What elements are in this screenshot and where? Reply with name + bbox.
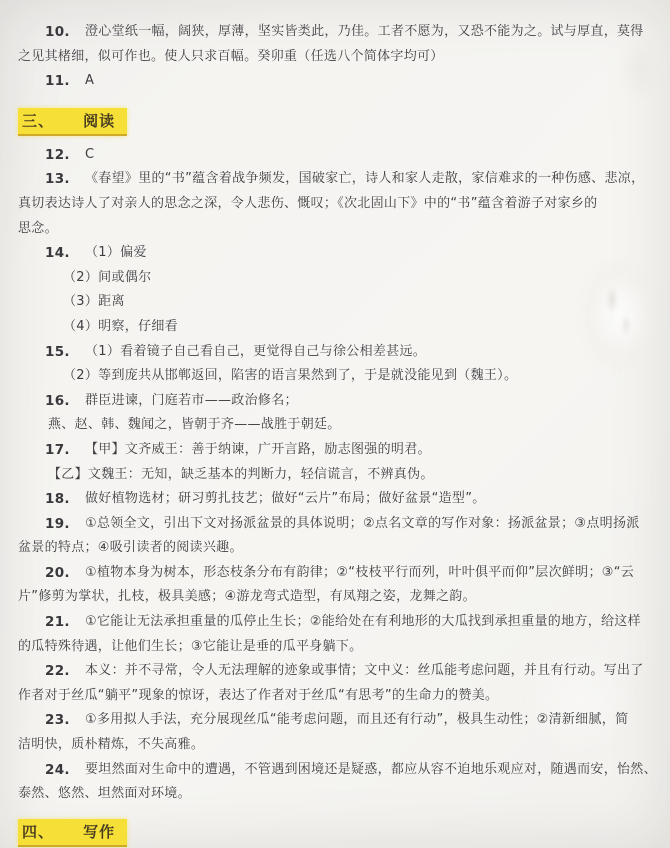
answer-text: 做好植物选材；研习剪扎技艺；做好“云片”布局；做好盆景“造型”。 bbox=[85, 491, 486, 506]
answer-number: 15. bbox=[45, 340, 95, 365]
answer-13-line-1: 13. 《春望》里的“书”蕴含着战争频发，国破家亡，诗人和家人走散，家信难求的一… bbox=[18, 167, 654, 192]
answer-11: 11. A bbox=[18, 69, 654, 94]
answer-number: 19. bbox=[45, 512, 95, 537]
section-title: 写作 bbox=[83, 823, 115, 841]
answer-text: 的瓜特殊待遇，让他们生长；③它能让是垂的瓜平身躺下。 bbox=[18, 639, 362, 654]
answer-text: 真切表达诗人了对亲人的思念之深，令人悲伤、慨叹；《次北固山下》中的“书”蕴含着游… bbox=[18, 196, 597, 211]
answer-13-line-3: 思念。 bbox=[18, 217, 654, 242]
answer-text: 燕、赵、韩、魏闻之，皆朝于齐——战胜于朝廷。 bbox=[48, 417, 341, 432]
answer-number: 23. bbox=[45, 708, 95, 733]
answer-number: 16. bbox=[45, 389, 95, 414]
answer-number: 10. bbox=[45, 20, 95, 45]
answer-number: 18. bbox=[45, 487, 95, 512]
section-heading-writing: 四、 写作 bbox=[18, 819, 654, 845]
answer-text: 澄心堂纸一幅，阔狭，厚薄，坚实皆类此，乃佳。工者不愿为，又恐不能为之。试与厚直，… bbox=[85, 24, 644, 39]
answer-text: 群臣进谏，门庭若市——政治修名； bbox=[85, 393, 298, 408]
answer-number: 11. bbox=[45, 69, 95, 94]
answer-text: 泰然、悠然、坦然面对环境。 bbox=[18, 786, 191, 801]
answer-number: 17. bbox=[45, 438, 95, 463]
answer-10-line-2: 之见其楮细，似可作也。使人只求百幅。癸卯重（任选八个简体字均可） bbox=[18, 45, 654, 70]
answer-text: （2）等到庞共从邯郸返回，陷害的语言果然到了，于是就没能见到（魏王）。 bbox=[63, 368, 517, 383]
section-highlight: 三、 阅读 bbox=[18, 108, 127, 136]
answer-text: 作者对于丝瓜“躺平”现象的惊讶，表达了作者对于丝瓜“有思考”的生命力的赞美。 bbox=[18, 688, 498, 703]
answer-23-line-1: 23. ①多用拟人手法，充分展现丝瓜“能考虑问题，而且还有行动”，极具生动性；②… bbox=[18, 708, 654, 733]
answer-17-line-1: 17. 【甲】文齐威王：善于纳谏，广开言路，励志图强的明君。 bbox=[18, 438, 654, 463]
answer-15-part-1: 15. （1）看着镜子自己看自己，更觉得自己与徐公相差甚远。 bbox=[18, 340, 654, 365]
answer-text: ①植物本身为树本，形态枝条分布有韵律；②“枝枝平行而列，叶叶俱平而仰”层次鲜明；… bbox=[85, 565, 634, 580]
answer-text: 本义：并不寻常，令人无法理解的迹象或事情；文中义：丝瓜能考虑问题，并且有行动。写… bbox=[85, 663, 644, 678]
answer-sheet-page: 10. 澄心堂纸一幅，阔狭，厚薄，坚实皆类此，乃佳。工者不愿为，又恐不能为之。试… bbox=[0, 0, 670, 845]
answer-14-part-4: （4）明察，仔细看 bbox=[18, 315, 654, 340]
answer-text: 【甲】文齐威王：善于纳谏，广开言路，励志图强的明君。 bbox=[85, 442, 431, 457]
answer-17-line-2: 【乙】文魏王：无知，缺乏基本的判断力，轻信谎言，不辨真伪。 bbox=[18, 463, 654, 488]
answer-text: 【乙】文魏王：无知，缺乏基本的判断力，轻信谎言，不辨真伪。 bbox=[48, 467, 434, 482]
answer-14-part-3: （3）距离 bbox=[18, 290, 654, 315]
answer-23-line-2: 洁明快，质朴精炼，不失高雅。 bbox=[18, 733, 654, 758]
answer-text: ①总领全文，引出下文对扬派盆景的具体说明；②点名文章的写作对象：扬派盆景；③点明… bbox=[85, 516, 640, 531]
answer-number: 12. bbox=[45, 143, 95, 168]
answer-text: 要坦然面对生命中的遭遇，不管遇到困境还是疑惑，都应从容不迫地乐观应对，随遇而安，… bbox=[85, 762, 657, 777]
answer-number: 13. bbox=[45, 167, 95, 192]
answer-18: 18. 做好植物选材；研习剪扎技艺；做好“云片”布局；做好盆景“造型”。 bbox=[18, 487, 654, 512]
answer-19-line-1: 19. ①总领全文，引出下文对扬派盆景的具体说明；②点名文章的写作对象：扬派盆景… bbox=[18, 512, 654, 537]
answer-10-line-1: 10. 澄心堂纸一幅，阔狭，厚薄，坚实皆类此，乃佳。工者不愿为，又恐不能为之。试… bbox=[18, 20, 654, 45]
answer-text: （3）距离 bbox=[63, 294, 125, 309]
answer-14-part-1: 14. （1）偏爱 bbox=[18, 241, 654, 266]
answer-22-line-1: 22. 本义：并不寻常，令人无法理解的迹象或事情；文中义：丝瓜能考虑问题，并且有… bbox=[18, 659, 654, 684]
answer-number: 14. bbox=[45, 241, 95, 266]
section-highlight: 四、 写作 bbox=[18, 819, 127, 847]
answer-number: 22. bbox=[45, 659, 95, 684]
answer-12: 12. C bbox=[18, 143, 654, 168]
answer-14-part-2: （2）间或偶尔 bbox=[18, 266, 654, 291]
answer-text: （2）间或偶尔 bbox=[63, 270, 151, 285]
answer-13-line-2: 真切表达诗人了对亲人的思念之深，令人悲伤、慨叹；《次北固山下》中的“书”蕴含着游… bbox=[18, 192, 654, 217]
section-title: 阅读 bbox=[83, 112, 115, 130]
answer-24-line-2: 泰然、悠然、坦然面对环境。 bbox=[18, 782, 654, 807]
answer-21-line-2: 的瓜特殊待遇，让他们生长；③它能让是垂的瓜平身躺下。 bbox=[18, 635, 654, 660]
section-heading-reading: 三、 阅读 bbox=[18, 108, 654, 134]
answer-text: 盆景的特点；④吸引读者的阅读兴趣。 bbox=[18, 540, 243, 555]
answer-text: 之见其楮细，似可作也。使人只求百幅。癸卯重（任选八个简体字均可） bbox=[18, 49, 444, 64]
answer-19-line-2: 盆景的特点；④吸引读者的阅读兴趣。 bbox=[18, 536, 654, 561]
section-number: 三、 bbox=[22, 112, 54, 130]
answer-number: 21. bbox=[45, 610, 95, 635]
answer-16-line-2: 燕、赵、韩、魏闻之，皆朝于齐——战胜于朝廷。 bbox=[18, 413, 654, 438]
answer-20-line-2: 片”修剪为掌状，扎枝，极具美感；④游龙弯式造型，有凤翔之姿，龙舞之韵。 bbox=[18, 585, 654, 610]
answer-text: （1）看着镜子自己看自己，更觉得自己与徐公相差甚远。 bbox=[85, 344, 426, 359]
answer-text: 思念。 bbox=[18, 221, 58, 236]
answer-text: ①它能让无法承担重量的瓜停止生长；②能给处在有利地形的大瓜找到承担重量的地方，给… bbox=[85, 614, 641, 629]
answer-number: 24. bbox=[45, 758, 95, 783]
answer-text: 洁明快，质朴精炼，不失高雅。 bbox=[18, 737, 204, 752]
answer-text: ①多用拟人手法，充分展现丝瓜“能考虑问题，而且还有行动”，极具生动性；②清新细腻… bbox=[85, 712, 628, 727]
answer-15-part-2: （2）等到庞共从邯郸返回，陷害的语言果然到了，于是就没能见到（魏王）。 bbox=[18, 364, 654, 389]
answer-22-line-2: 作者对于丝瓜“躺平”现象的惊讶，表达了作者对于丝瓜“有思考”的生命力的赞美。 bbox=[18, 684, 654, 709]
answer-24-line-1: 24. 要坦然面对生命中的遭遇，不管遇到困境还是疑惑，都应从容不迫地乐观应对，随… bbox=[18, 758, 654, 783]
answer-number: 20. bbox=[45, 561, 95, 586]
answer-text: （4）明察，仔细看 bbox=[63, 319, 178, 334]
answer-16-line-1: 16. 群臣进谏，门庭若市——政治修名； bbox=[18, 389, 654, 414]
answer-21-line-1: 21. ①它能让无法承担重量的瓜停止生长；②能给处在有利地形的大瓜找到承担重量的… bbox=[18, 610, 654, 635]
section-number: 四、 bbox=[22, 823, 54, 841]
answer-text: 片”修剪为掌状，扎枝，极具美感；④游龙弯式造型，有凤翔之姿，龙舞之韵。 bbox=[18, 589, 476, 604]
answer-20-line-1: 20. ①植物本身为树本，形态枝条分布有韵律；②“枝枝平行而列，叶叶俱平而仰”层… bbox=[18, 561, 654, 586]
answer-text: 《春望》里的“书”蕴含着战争频发，国破家亡，诗人和家人走散，家信难求的一种伤感、… bbox=[85, 171, 644, 186]
